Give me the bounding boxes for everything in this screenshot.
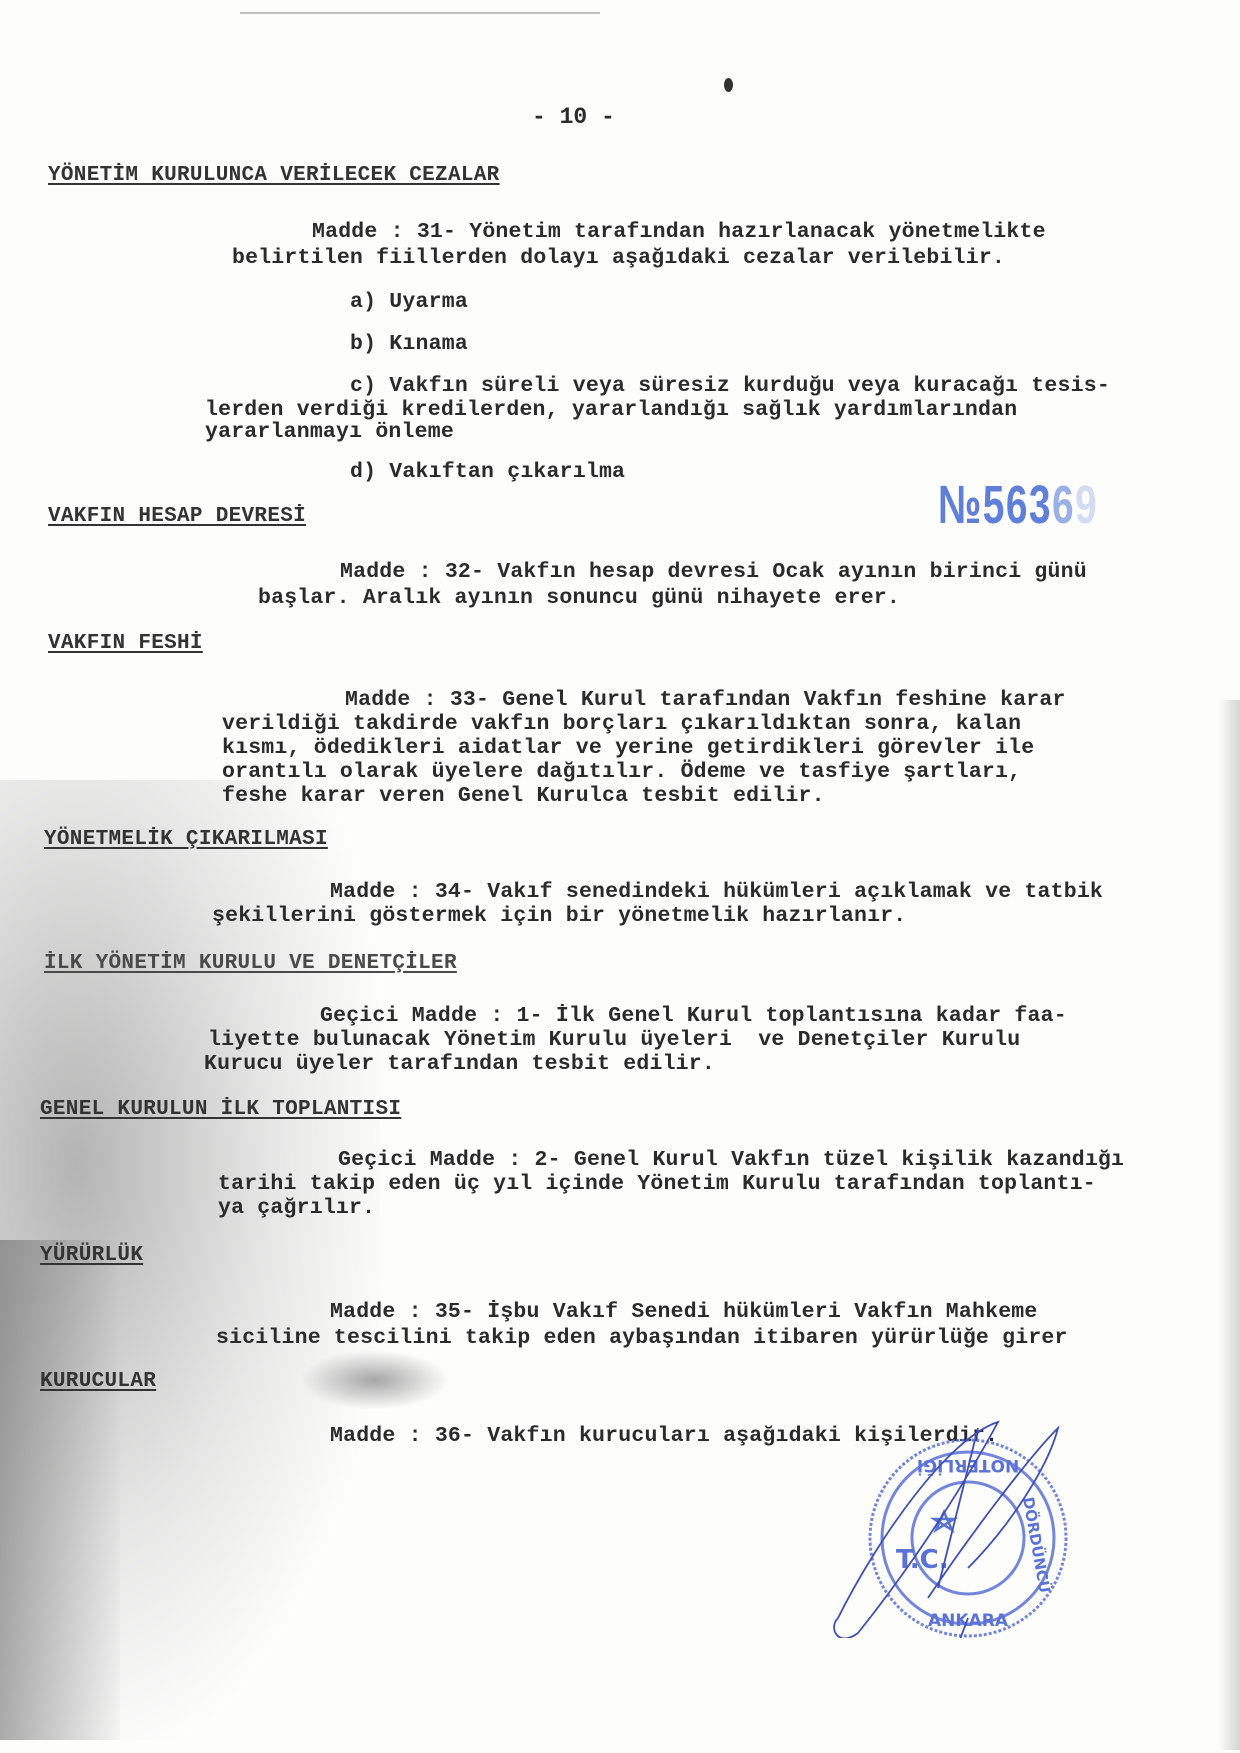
- article-line: Madde : 31- Yönetim tarafından hazırlana…: [312, 222, 1046, 244]
- ink-mark: [724, 78, 733, 92]
- article-line: tarihi takip eden üç yıl içinde Yönetim …: [218, 1174, 1096, 1196]
- article-line: kısmı, ödedikleri aidatlar ve yerine get…: [222, 738, 1034, 760]
- section-heading: VAKFIN HESAP DEVRESİ: [48, 505, 306, 528]
- section-heading: İLK YÖNETİM KURULU VE DENETÇİLER: [44, 952, 457, 975]
- article-line: Kurucu üyeler tarafından tesbit edilir.: [204, 1054, 715, 1076]
- article-line: Madde : 34- Vakıf senedindeki hükümleri …: [330, 882, 1103, 904]
- section-heading: YÖNETMELİK ÇIKARILMASI: [44, 828, 328, 851]
- article-line: ya çağrılır.: [218, 1198, 375, 1220]
- article-line: Madde : 32- Vakfın hesap devresi Ocak ay…: [340, 562, 1087, 584]
- list-item: a) Uyarma: [350, 292, 468, 314]
- list-item: b) Kınama: [350, 334, 468, 356]
- article-line: liyette bulunacak Yönetim Kurulu üyeleri…: [208, 1030, 1020, 1052]
- article-line: orantılı olarak üyelere dağıtılır. Ödeme…: [222, 762, 1021, 784]
- section-heading: GENEL KURULUN İLK TOPLANTISI: [40, 1098, 401, 1121]
- article-line: verildiği takdirde vakfın borçları çıkar…: [222, 714, 1021, 736]
- section-heading: VAKFIN FESHİ: [48, 632, 203, 655]
- scan-smudge: [0, 1240, 120, 1740]
- article-line: Madde : 35- İşbu Vakıf Senedi hükümleri …: [330, 1302, 1038, 1324]
- svg-text:ANKARA: ANKARA: [928, 1611, 1009, 1631]
- section-heading: YÜRÜRLÜK: [40, 1244, 143, 1267]
- article-line: belirtilen fiillerden dolayı aşağıdaki c…: [232, 248, 1005, 270]
- article-line: feshe karar veren Genel Kurulca tesbit e…: [222, 786, 825, 808]
- list-item: yararlanmayı önleme: [205, 422, 454, 444]
- article-line: Geçici Madde : 1- İlk Genel Kurul toplan…: [320, 1006, 1067, 1028]
- document-number-stamp: №56369: [938, 474, 1098, 536]
- list-item: c) Vakfın süreli veya süresiz kurduğu ve…: [350, 376, 1110, 398]
- notary-seal: NOTERLİĞİ T.C. DÖRDÜNCÜ ANKARA: [818, 1418, 1088, 1638]
- list-item: lerden verdiği kredilerden, yararlandığı…: [205, 400, 1017, 422]
- scan-edge-shadow: [1218, 700, 1240, 1750]
- section-heading: KURUCULAR: [40, 1370, 156, 1393]
- section-heading: YÖNETİM KURULUNCA VERİLECEK CEZALAR: [48, 164, 500, 187]
- article-line: siciline tescilini takip eden aybaşından…: [216, 1328, 1068, 1350]
- scan-edge-artifact: [240, 12, 600, 14]
- article-line: şekillerini göstermek için bir yönetmeli…: [212, 906, 906, 928]
- svg-text:T.C.: T.C.: [896, 1545, 949, 1575]
- article-line: başlar. Aralık ayının sonuncu günü nihay…: [258, 588, 900, 610]
- scanned-document-page: - 10 - YÖNETİM KURULUNCA VERİLECEK CEZAL…: [0, 0, 1240, 1753]
- article-line: Geçici Madde : 2- Genel Kurul Vakfın tüz…: [338, 1150, 1124, 1172]
- article-line: Madde : 33- Genel Kurul tarafından Vakfı…: [345, 690, 1066, 712]
- page-number: - 10 -: [532, 104, 615, 130]
- scan-smudge: [300, 1350, 450, 1410]
- list-item: d) Vakıftan çıkarılma: [350, 462, 625, 484]
